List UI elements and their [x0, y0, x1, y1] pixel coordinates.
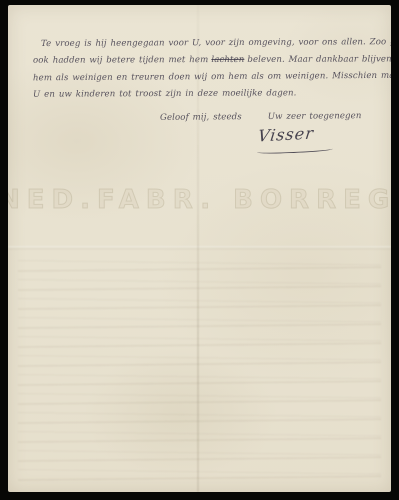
letter-page: NED.FABR. BORREGAARD BO Te vroeg is hij … — [8, 5, 391, 492]
signature: Visser — [257, 123, 315, 145]
line-2-struck-word: lachten — [211, 55, 244, 65]
paper-watermark: NED.FABR. BORREGAARD BO — [8, 185, 391, 215]
line-2-text: ook hadden wij betere tijden met hem — [33, 55, 208, 66]
closing-salutation: Geloof mij, steeds — [160, 112, 242, 123]
ink-showthrough-lines — [18, 255, 381, 483]
horizontal-fold-crease — [8, 246, 391, 250]
line-2-text-after: beleven. Maar dankbaar blijven wij — [247, 54, 391, 65]
handwritten-line-3: hem als weinigen en treuren doen wij om … — [33, 71, 391, 84]
handwritten-line-4: U en uw kinderen tot troost zijn in deze… — [33, 88, 297, 99]
closing-valediction: Uw zeer toegenegen — [268, 111, 362, 122]
handwritten-line-2: ook hadden wij betere tijden met hemlach… — [33, 54, 391, 65]
closing-line: Geloof mij, steedsUw zeer toegenegen — [160, 111, 362, 123]
signature-flourish — [257, 147, 333, 155]
scan-background: NED.FABR. BORREGAARD BO Te vroeg is hij … — [0, 0, 399, 500]
handwritten-line-1: Te vroeg is hij heengegaan voor U, voor … — [41, 37, 391, 49]
